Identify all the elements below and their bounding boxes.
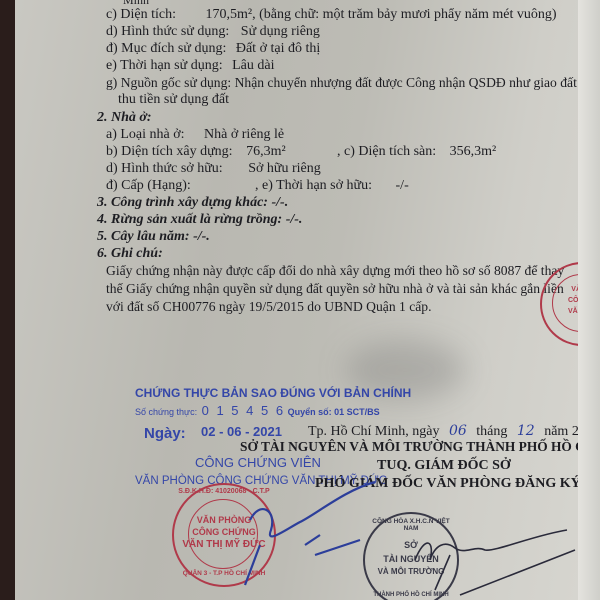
signatures bbox=[15, 0, 578, 600]
director-signature bbox=[415, 530, 575, 595]
notary-signature bbox=[245, 482, 375, 585]
page-edge bbox=[578, 0, 600, 600]
document-page: Minh c) Diện tích: 170,5m², (bằng chữ: m… bbox=[15, 0, 578, 600]
